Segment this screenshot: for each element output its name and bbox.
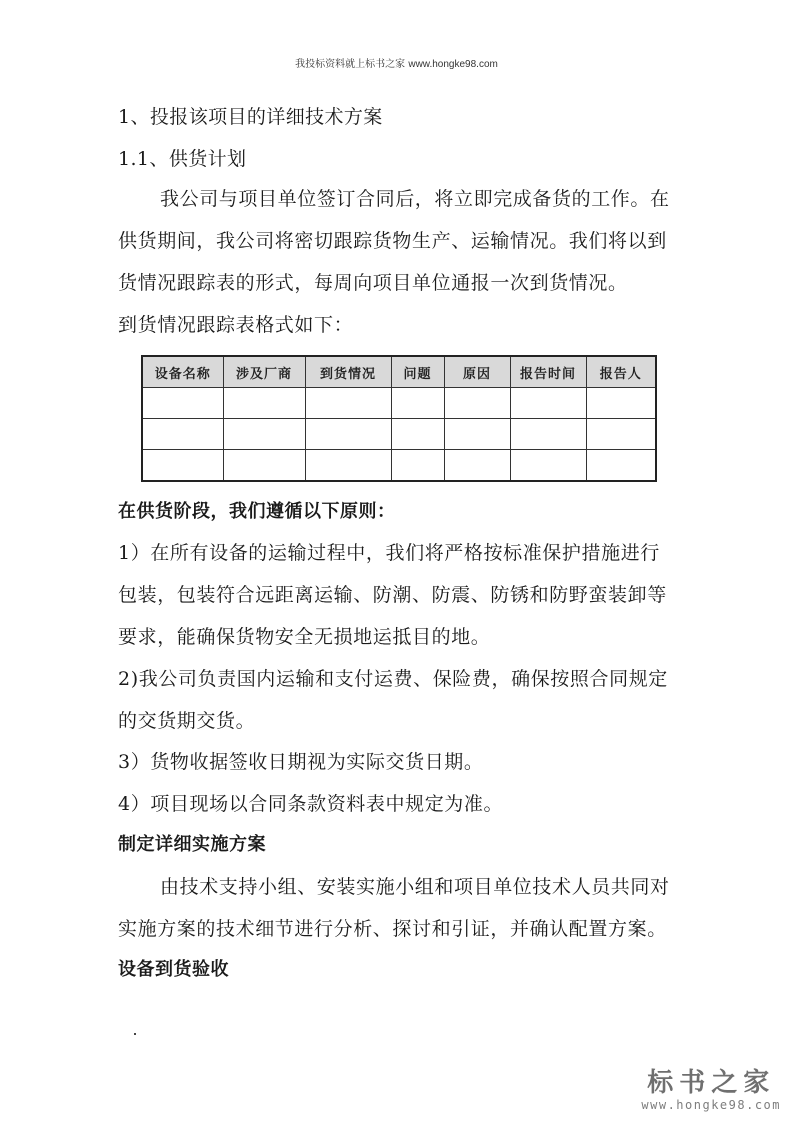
principle-item-line: 要求，能确保货物安全无损地运抵目的地。 — [118, 625, 490, 649]
paragraph-line: 供货期间，我公司将密切跟踪货物生产、运输情况。我们将以到 — [118, 229, 667, 253]
table-cell — [142, 419, 223, 450]
table-row — [142, 450, 656, 482]
header-site-text: 我投标资料就上标书之家 — [295, 59, 405, 70]
principles-heading: 在供货阶段，我们遵循以下原则： — [118, 500, 396, 524]
table-cell — [444, 450, 510, 482]
table-row — [142, 419, 656, 450]
watermark-title: 标书之家 — [641, 1068, 781, 1098]
page-header: 我投标资料就上标书之家 www.hongke98.com — [0, 55, 793, 70]
table-intro: 到货情况跟踪表格式如下： — [118, 313, 353, 337]
section-title: 1、投报该项目的详细技术方案 — [118, 105, 383, 129]
column-header: 到货情况 — [305, 356, 391, 388]
column-header: 报告时间 — [510, 356, 586, 388]
table-cell — [223, 450, 305, 482]
table-cell — [305, 450, 391, 482]
principle-item-line: 3）货物收据签收日期视为实际交货日期。 — [118, 750, 484, 774]
principle-item-line: 包装，包装符合远距离运输、防潮、防震、防锈和防野蛮装卸等 — [118, 583, 667, 607]
stray-dot — [134, 1033, 136, 1035]
principle-item-line: 2)我公司负责国内运输和支付运费、保险费，确保按照合同规定 — [118, 667, 668, 691]
column-header: 涉及厂商 — [223, 356, 305, 388]
paragraph-line: 货情况跟踪表的形式，每周向项目单位通报一次到货情况。 — [118, 271, 628, 295]
table-cell — [586, 388, 656, 419]
table-cell — [510, 450, 586, 482]
table-cell — [444, 419, 510, 450]
acceptance-heading: 设备到货验收 — [118, 958, 229, 982]
principle-item-line: 的交货期交货。 — [118, 709, 255, 733]
table-cell — [223, 419, 305, 450]
tracking-table: 设备名称 涉及厂商 到货情况 问题 原因 报告时间 报告人 — [141, 355, 657, 482]
implementation-line: 由技术支持小组、安装实施小组和项目单位技术人员共同对 — [160, 875, 670, 899]
paragraph-line: 我公司与项目单位签订合同后，将立即完成备货的工作。在 — [160, 187, 670, 211]
table-cell — [142, 388, 223, 419]
column-header: 原因 — [444, 356, 510, 388]
watermark: 标书之家 www.hongke98.com — [641, 1068, 781, 1112]
table-cell — [223, 388, 305, 419]
table-cell — [510, 419, 586, 450]
table-cell — [444, 388, 510, 419]
watermark-url: www.hongke98.com — [641, 1098, 781, 1112]
column-header: 问题 — [391, 356, 444, 388]
column-header: 报告人 — [586, 356, 656, 388]
table-header-row: 设备名称 涉及厂商 到货情况 问题 原因 报告时间 报告人 — [142, 356, 656, 388]
table-cell — [305, 388, 391, 419]
principle-item-line: 4）项目现场以合同条款资料表中规定为准。 — [118, 792, 503, 816]
column-header: 设备名称 — [142, 356, 223, 388]
table-cell — [391, 388, 444, 419]
implementation-heading: 制定详细实施方案 — [118, 833, 266, 857]
table-cell — [391, 419, 444, 450]
table-cell — [510, 388, 586, 419]
table-cell — [391, 450, 444, 482]
principle-item-line: 1）在所有设备的运输过程中，我们将严格按标准保护措施进行 — [118, 541, 660, 565]
subsection-title: 1.1、供货计划 — [118, 147, 246, 171]
implementation-line: 实施方案的技术细节进行分析、探讨和引证，并确认配置方案。 — [118, 917, 667, 941]
table-cell — [586, 419, 656, 450]
table-cell — [142, 450, 223, 482]
table-row — [142, 388, 656, 419]
table-cell — [305, 419, 391, 450]
header-url: www.hongke98.com — [408, 59, 498, 70]
table-cell — [586, 450, 656, 482]
